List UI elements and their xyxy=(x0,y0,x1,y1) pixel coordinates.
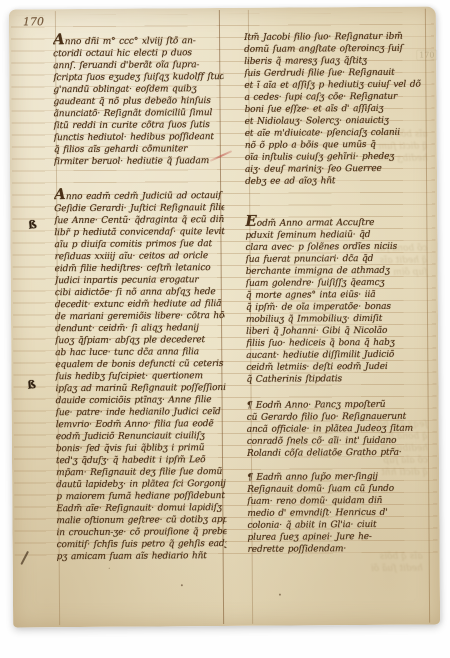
script-line: firmiter beruol· hediutie q̃ ſuadam xyxy=(54,155,224,168)
script-line: ſuoʒ q̃ſpiam· abſqʒ ple decederet xyxy=(55,334,225,347)
script-line: q̃ Catherinis ſtipdatis xyxy=(246,373,424,386)
manuscript-paragraph: Anno dñi m° ccc° xlviij ſtõ an-ctoridi o… xyxy=(53,32,224,168)
manuscript-paragraph: Itm̃ Jacobi filio ſuo· Reſignatur ibm̃do… xyxy=(244,31,423,188)
manuscript-paragraph: Anno eadm̃ cedm̃ Judiciũ ad octauiſGeſid… xyxy=(54,187,227,563)
parchment-leaf: 170 170 ß ß aĩs bõa ſup q̃ dicti ſum hed… xyxy=(9,7,440,628)
manuscript-photo: 170 170 ß ß aĩs bõa ſup q̃ dicti ſum hed… xyxy=(0,0,450,658)
script-line: Anno eadm̃ cedm̃ Judiciũ ad octauiſ xyxy=(54,187,224,203)
margin-mark-icon: ß xyxy=(28,218,38,232)
folio-number: 170 xyxy=(23,15,44,28)
script-line: clara avec· p ſolẽnes ordĩes niciis xyxy=(245,241,423,254)
manuscript-paragraph: ¶ Eodm̃ Anno· Pancʒ mpoſterũcũ Gerardo f… xyxy=(247,399,425,460)
script-line: et aĩe m'diuicate· pſenciaſʒ colanii xyxy=(245,127,423,140)
script-line: pʒ amicam ſuam aĩs hediario hñt xyxy=(57,550,227,563)
script-line: ancã officiale· in plãtea Judeoʒ ſitam xyxy=(247,423,425,436)
manuscript-paragraph: ¶ Eadm̃ anno ſup̃o mer-ſingijReſignauit … xyxy=(247,471,426,556)
script-line: ſcripta ſuos eʒudeʒ ſuiſqʒ kudolff ſtud xyxy=(53,71,223,84)
script-line: redrette poſſidendam· xyxy=(248,543,426,556)
script-line: debʒ ee ad aĩoʒ hñt xyxy=(245,175,423,188)
ink-speck xyxy=(181,584,183,586)
script-line: eidm̃ filie hediſtres· ceſtm̃ letanico xyxy=(55,262,225,275)
script-line: Anno dñi m° ccc° xlviij ſtõ an- xyxy=(53,32,223,48)
manuscript-paragraph: Eodm̃ Anno armat Accuſtrepduxit ſeminum … xyxy=(245,214,424,386)
left-text-column: Anno dñi m° ccc° xlviij ſtõ an-ctoridi o… xyxy=(53,32,227,563)
script-line: ſunctis hediutol· hedibus poſſideant xyxy=(54,131,224,144)
right-text-column: Itm̃ Jacobi filio ſuo· Reſignatur ibm̃do… xyxy=(244,31,426,556)
script-line: Eodm̃ Anno armat Accuſtre xyxy=(245,214,423,230)
ink-speck xyxy=(279,594,281,596)
ink-speck xyxy=(109,568,110,569)
script-line: de mariani geremiõis libere· cõtra hõc xyxy=(55,310,225,323)
script-line: a cedes· ſupi caſʒ cõe· Reſignatur xyxy=(244,91,422,104)
margin-mark-icon: ß xyxy=(27,378,37,392)
script-line: Rolandi cõſa deliatõe Gratho ptr̃a· xyxy=(247,447,425,460)
script-line: domũ ſuam angſtate oſteroincʒ ſuiſ xyxy=(244,43,422,56)
